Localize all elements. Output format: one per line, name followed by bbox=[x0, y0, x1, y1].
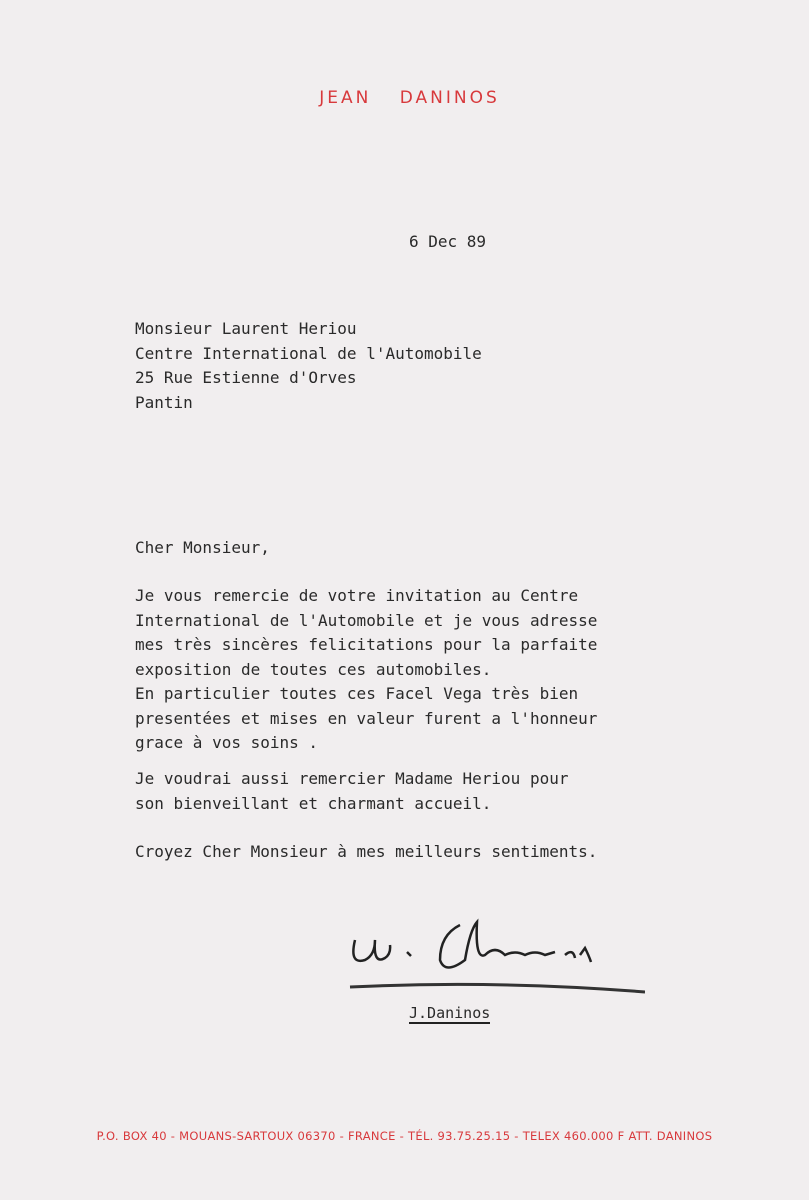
letter-date: 6 Dec 89 bbox=[409, 232, 486, 251]
address-line: Pantin bbox=[135, 391, 482, 416]
footer-address: P.O. BOX 40 - MOUANS-SARTOUX 06370 - FRA… bbox=[0, 1129, 809, 1143]
handwritten-signature bbox=[345, 910, 645, 1000]
paragraph: Je voudrai aussi remercier Madame Heriou… bbox=[135, 767, 568, 816]
letterhead-last: DANINOS bbox=[400, 88, 500, 108]
letterhead: JEAN DANINOS bbox=[0, 88, 809, 108]
signature-name: J.Daninos bbox=[409, 1004, 490, 1024]
address-line: Centre International de l'Automobile bbox=[135, 342, 482, 367]
paragraph: En particulier toutes ces Facel Vega trè… bbox=[135, 682, 597, 756]
address-line: 25 Rue Estienne d'Orves bbox=[135, 366, 482, 391]
paragraph: Je vous remercie de votre invitation au … bbox=[135, 584, 597, 682]
salutation: Cher Monsieur, bbox=[135, 536, 270, 561]
paragraph: Croyez Cher Monsieur à mes meilleurs sen… bbox=[135, 840, 597, 865]
letterhead-first: JEAN bbox=[319, 88, 371, 108]
recipient-address: Monsieur Laurent Heriou Centre Internati… bbox=[135, 317, 482, 415]
address-line: Monsieur Laurent Heriou bbox=[135, 317, 482, 342]
